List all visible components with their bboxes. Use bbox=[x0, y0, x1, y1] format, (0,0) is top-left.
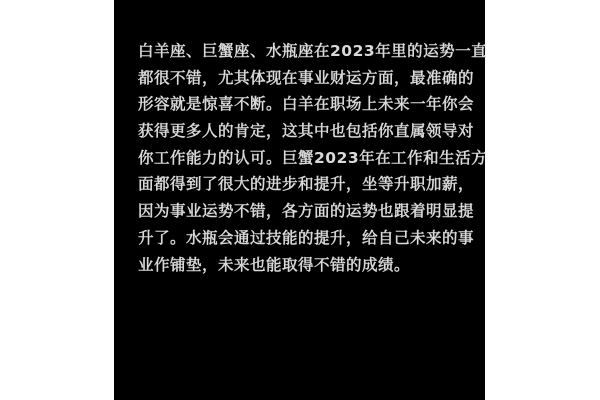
text-line-2: 都很不错，尤其体现在事业财运方面，最准确的 bbox=[138, 65, 462, 92]
text-line-5: 你工作能力的认可。巨蟹2023年在工作和生活方 bbox=[138, 145, 462, 172]
text-line-1: 白羊座、巨蟹座、水瓶座在2023年里的运势一直 bbox=[138, 38, 462, 65]
text-line-8: 升了。水瓶会通过技能的提升，给自己未来的事 bbox=[138, 225, 462, 252]
page-background: 白羊座、巨蟹座、水瓶座在2023年里的运势一直 都很不错，尤其体现在事业财运方面… bbox=[0, 0, 600, 400]
horoscope-paragraph: 白羊座、巨蟹座、水瓶座在2023年里的运势一直 都很不错，尤其体现在事业财运方面… bbox=[138, 38, 462, 278]
text-line-9: 业作铺垫，未来也能取得不错的成绩。 bbox=[138, 252, 462, 279]
content-panel: 白羊座、巨蟹座、水瓶座在2023年里的运势一直 都很不错，尤其体现在事业财运方面… bbox=[114, 0, 485, 400]
text-line-6: 面都得到了很大的进步和提升，坐等升职加薪， bbox=[138, 171, 462, 198]
text-line-7: 因为事业运势不错，各方面的运势也跟着明显提 bbox=[138, 198, 462, 225]
text-line-4: 获得更多人的肯定，这其中也包括你直属领导对 bbox=[138, 118, 462, 145]
text-line-3: 形容就是惊喜不断。白羊在职场上未来一年你会 bbox=[138, 91, 462, 118]
